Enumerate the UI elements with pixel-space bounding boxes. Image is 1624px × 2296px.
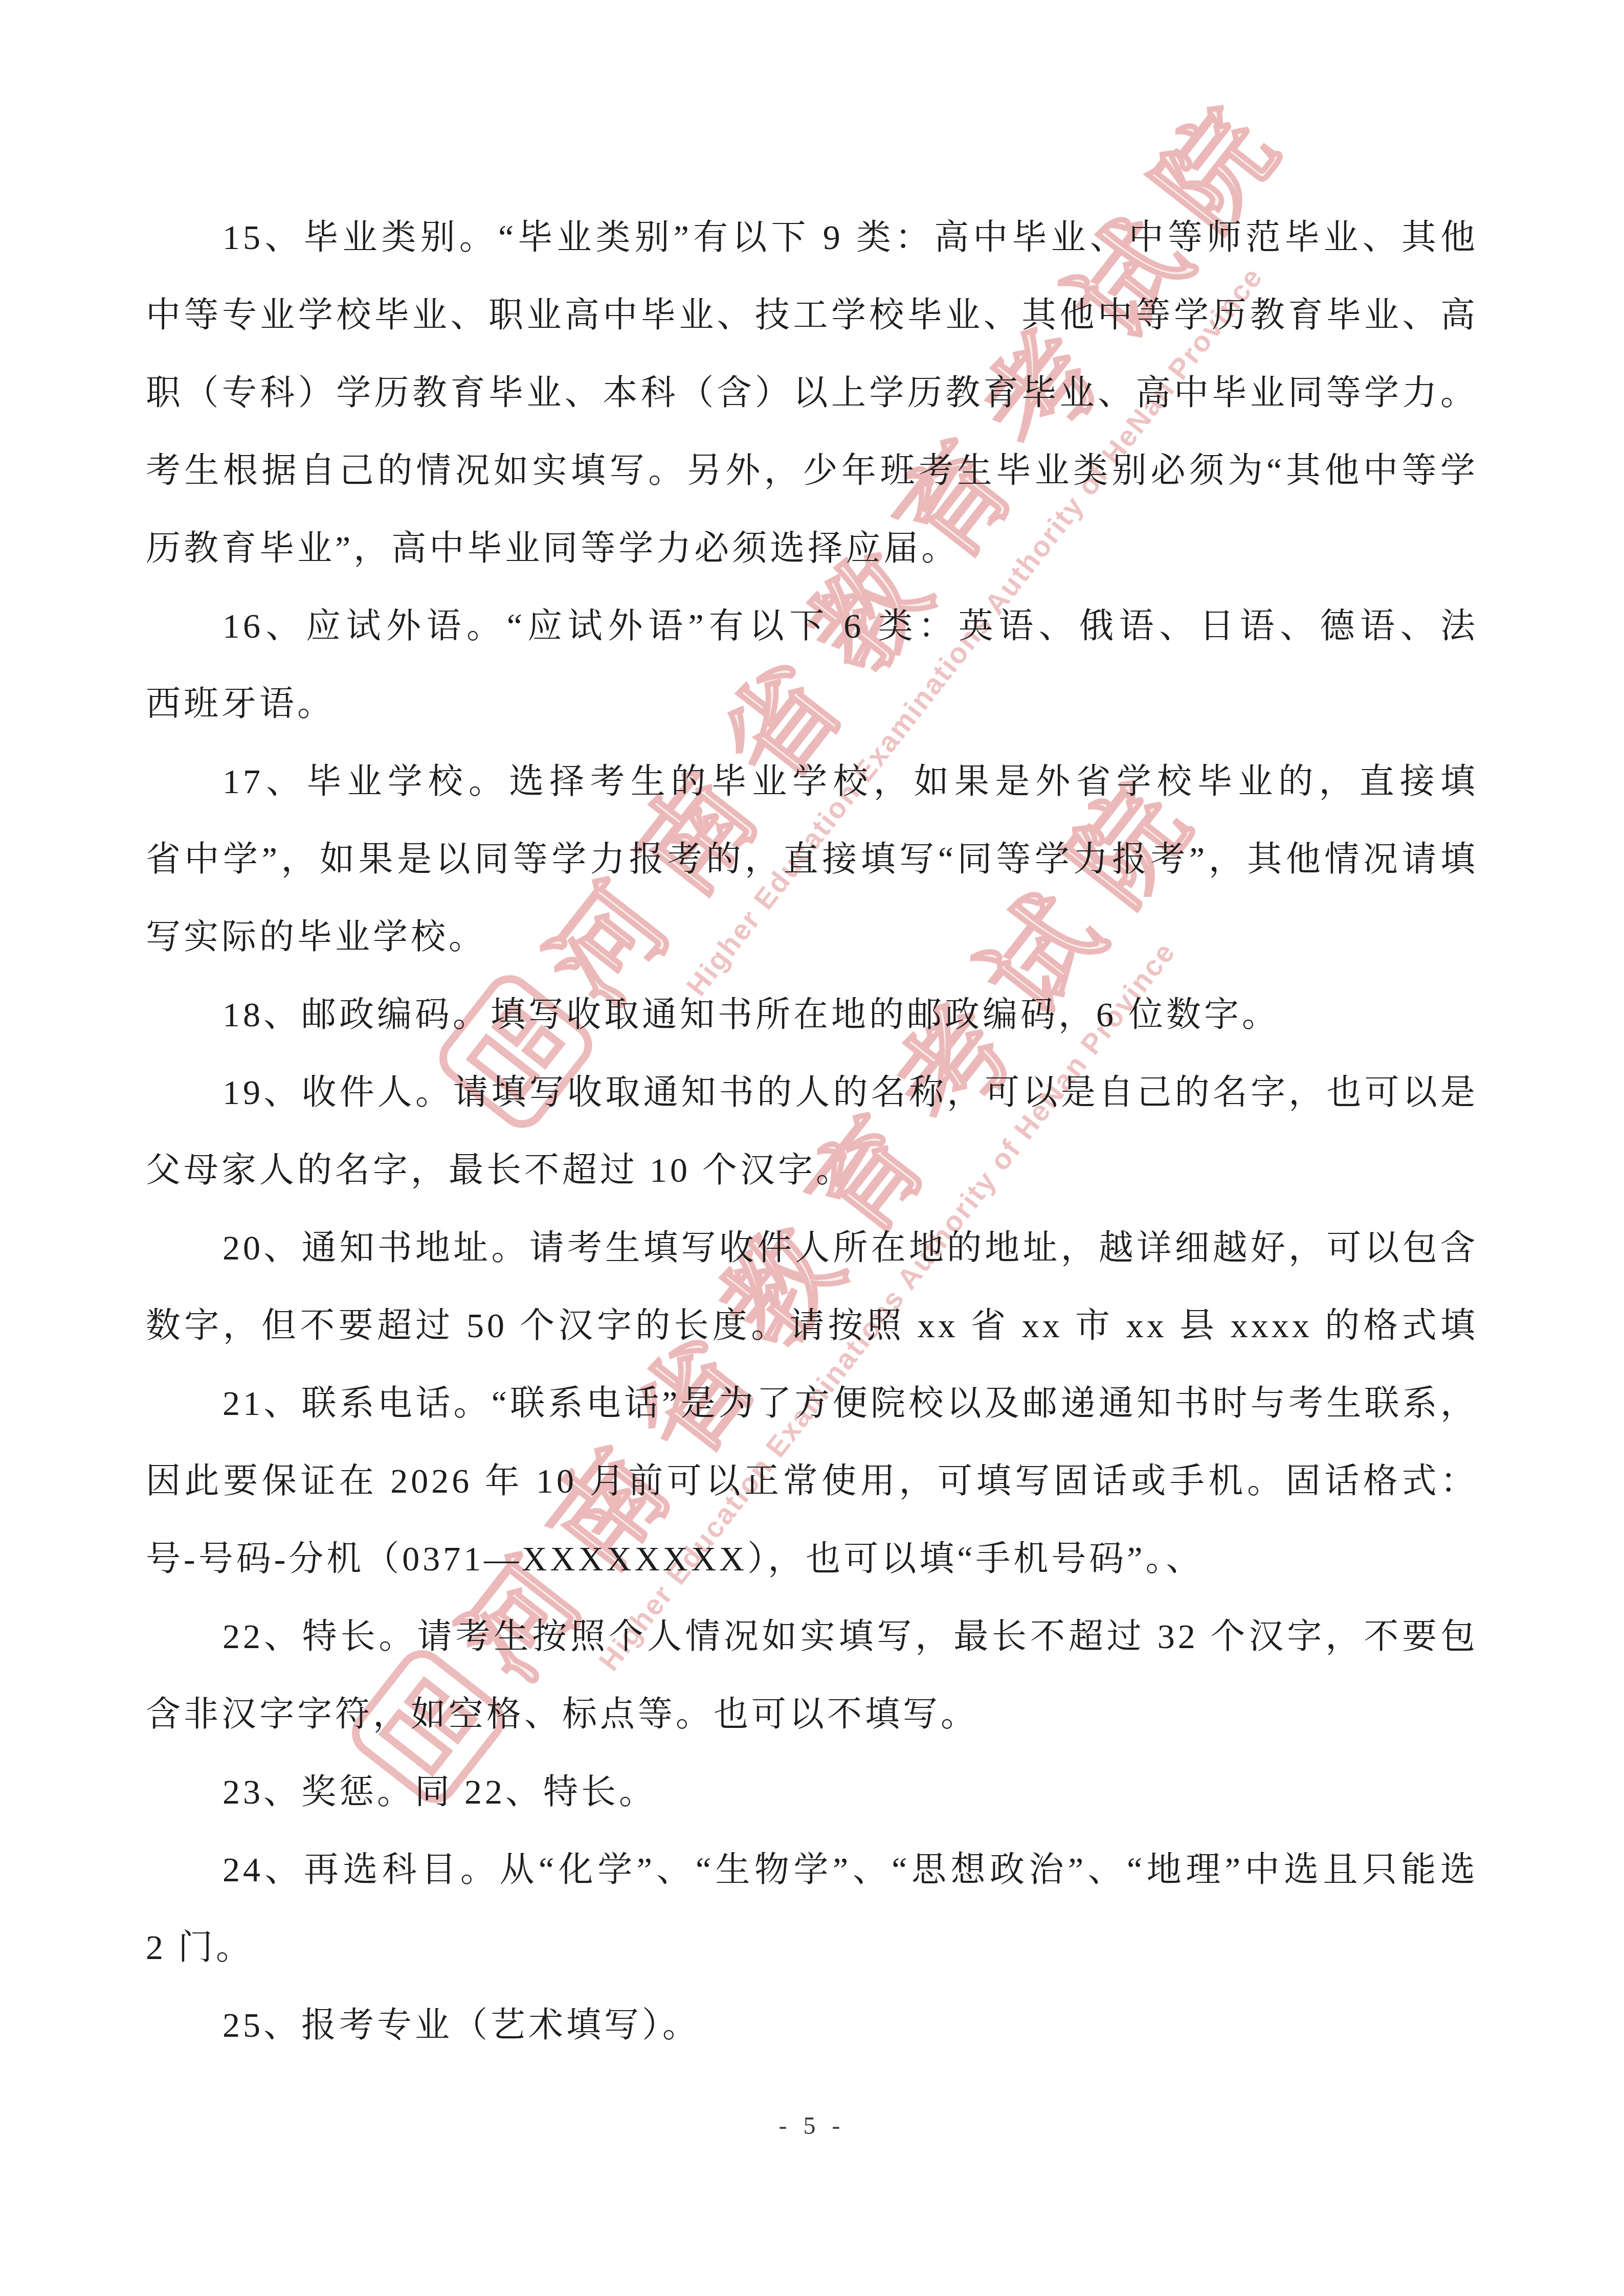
text-line: 24、再选科目。从“化学”、“生物学”、“思想政治”、“地理”中选且只能选 [146,1831,1478,1908]
text-line: 23、奖惩。同 22、特长。 [146,1753,1478,1831]
text-line: 含非汉字字符，如空格、标点等。也可以不填写。 [146,1675,1478,1753]
text-line: 25、报考专业（艺术填写）。 [146,1986,1478,2064]
text-line: 21、联系电话。“联系电话”是为了方便院校以及邮递通知书时与考生联系， [146,1364,1478,1442]
text-line: 考生根据自己的情况如实填写。另外，少年班考生毕业类别必须为“其他中等学 [146,432,1478,509]
text-line: 20、通知书地址。请考生填写收件人所在地的地址，越详细越好，可以包含 [146,1209,1478,1287]
text-line: 历教育毕业”，高中毕业同等学力必须选择应届。 [146,509,1478,587]
text-line: 中等专业学校毕业、职业高中毕业、技工学校毕业、其他中等学历教育毕业、高 [146,276,1478,354]
text-line: 职（专科）学历教育毕业、本科（含）以上学历教育毕业、高中毕业同等学力。 [146,354,1478,432]
text-line: 父母家人的名字，最长不超过 10 个汉字。 [146,1131,1478,1209]
text-line: 写实际的毕业学校。 [146,898,1478,976]
text-line: 19、收件人。请填写收取通知书的人的名称，可以是自己的名字，也可以是 [146,1053,1478,1131]
document-text: 15、毕业类别。“毕业类别”有以下 9 类：高中毕业、中等师范毕业、其他中等专业… [146,198,1478,2064]
text-line: 号-号码-分机（0371—XXXXXXXX），也可以填“手机号码”。、 [146,1520,1478,1597]
text-line: 2 门。 [146,1908,1478,1986]
text-line: 省中学”，如果是以同等学力报考的，直接填写“同等学力报考”，其他情况请填 [146,820,1478,898]
text-line: 15、毕业类别。“毕业类别”有以下 9 类：高中毕业、中等师范毕业、其他 [146,198,1478,276]
text-line: 西班牙语。 [146,665,1478,742]
text-line: 16、应试外语。“应试外语”有以下 6 类：英语、俄语、日语、德语、法语、 [146,587,1478,665]
text-line: 22、特长。请考生按照个人情况如实填写，最长不超过 32 个汉字，不要包 [146,1597,1478,1675]
text-line: 因此要保证在 2026 年 10 月前可以正常使用，可填写固话或手机。固话格式：… [146,1442,1478,1520]
text-line: 17、毕业学校。选择考生的毕业学校，如果是外省学校毕业的，直接填写“外 [146,742,1478,820]
text-line: 数字，但不要超过 50 个汉字的长度。请按照 xx 省 xx 市 xx 县 xx… [146,1287,1478,1364]
text-line: 18、邮政编码。填写收取通知书所在地的邮政编码，6 位数字。 [146,976,1478,1053]
page-number: - 5 - [0,2112,1624,2140]
